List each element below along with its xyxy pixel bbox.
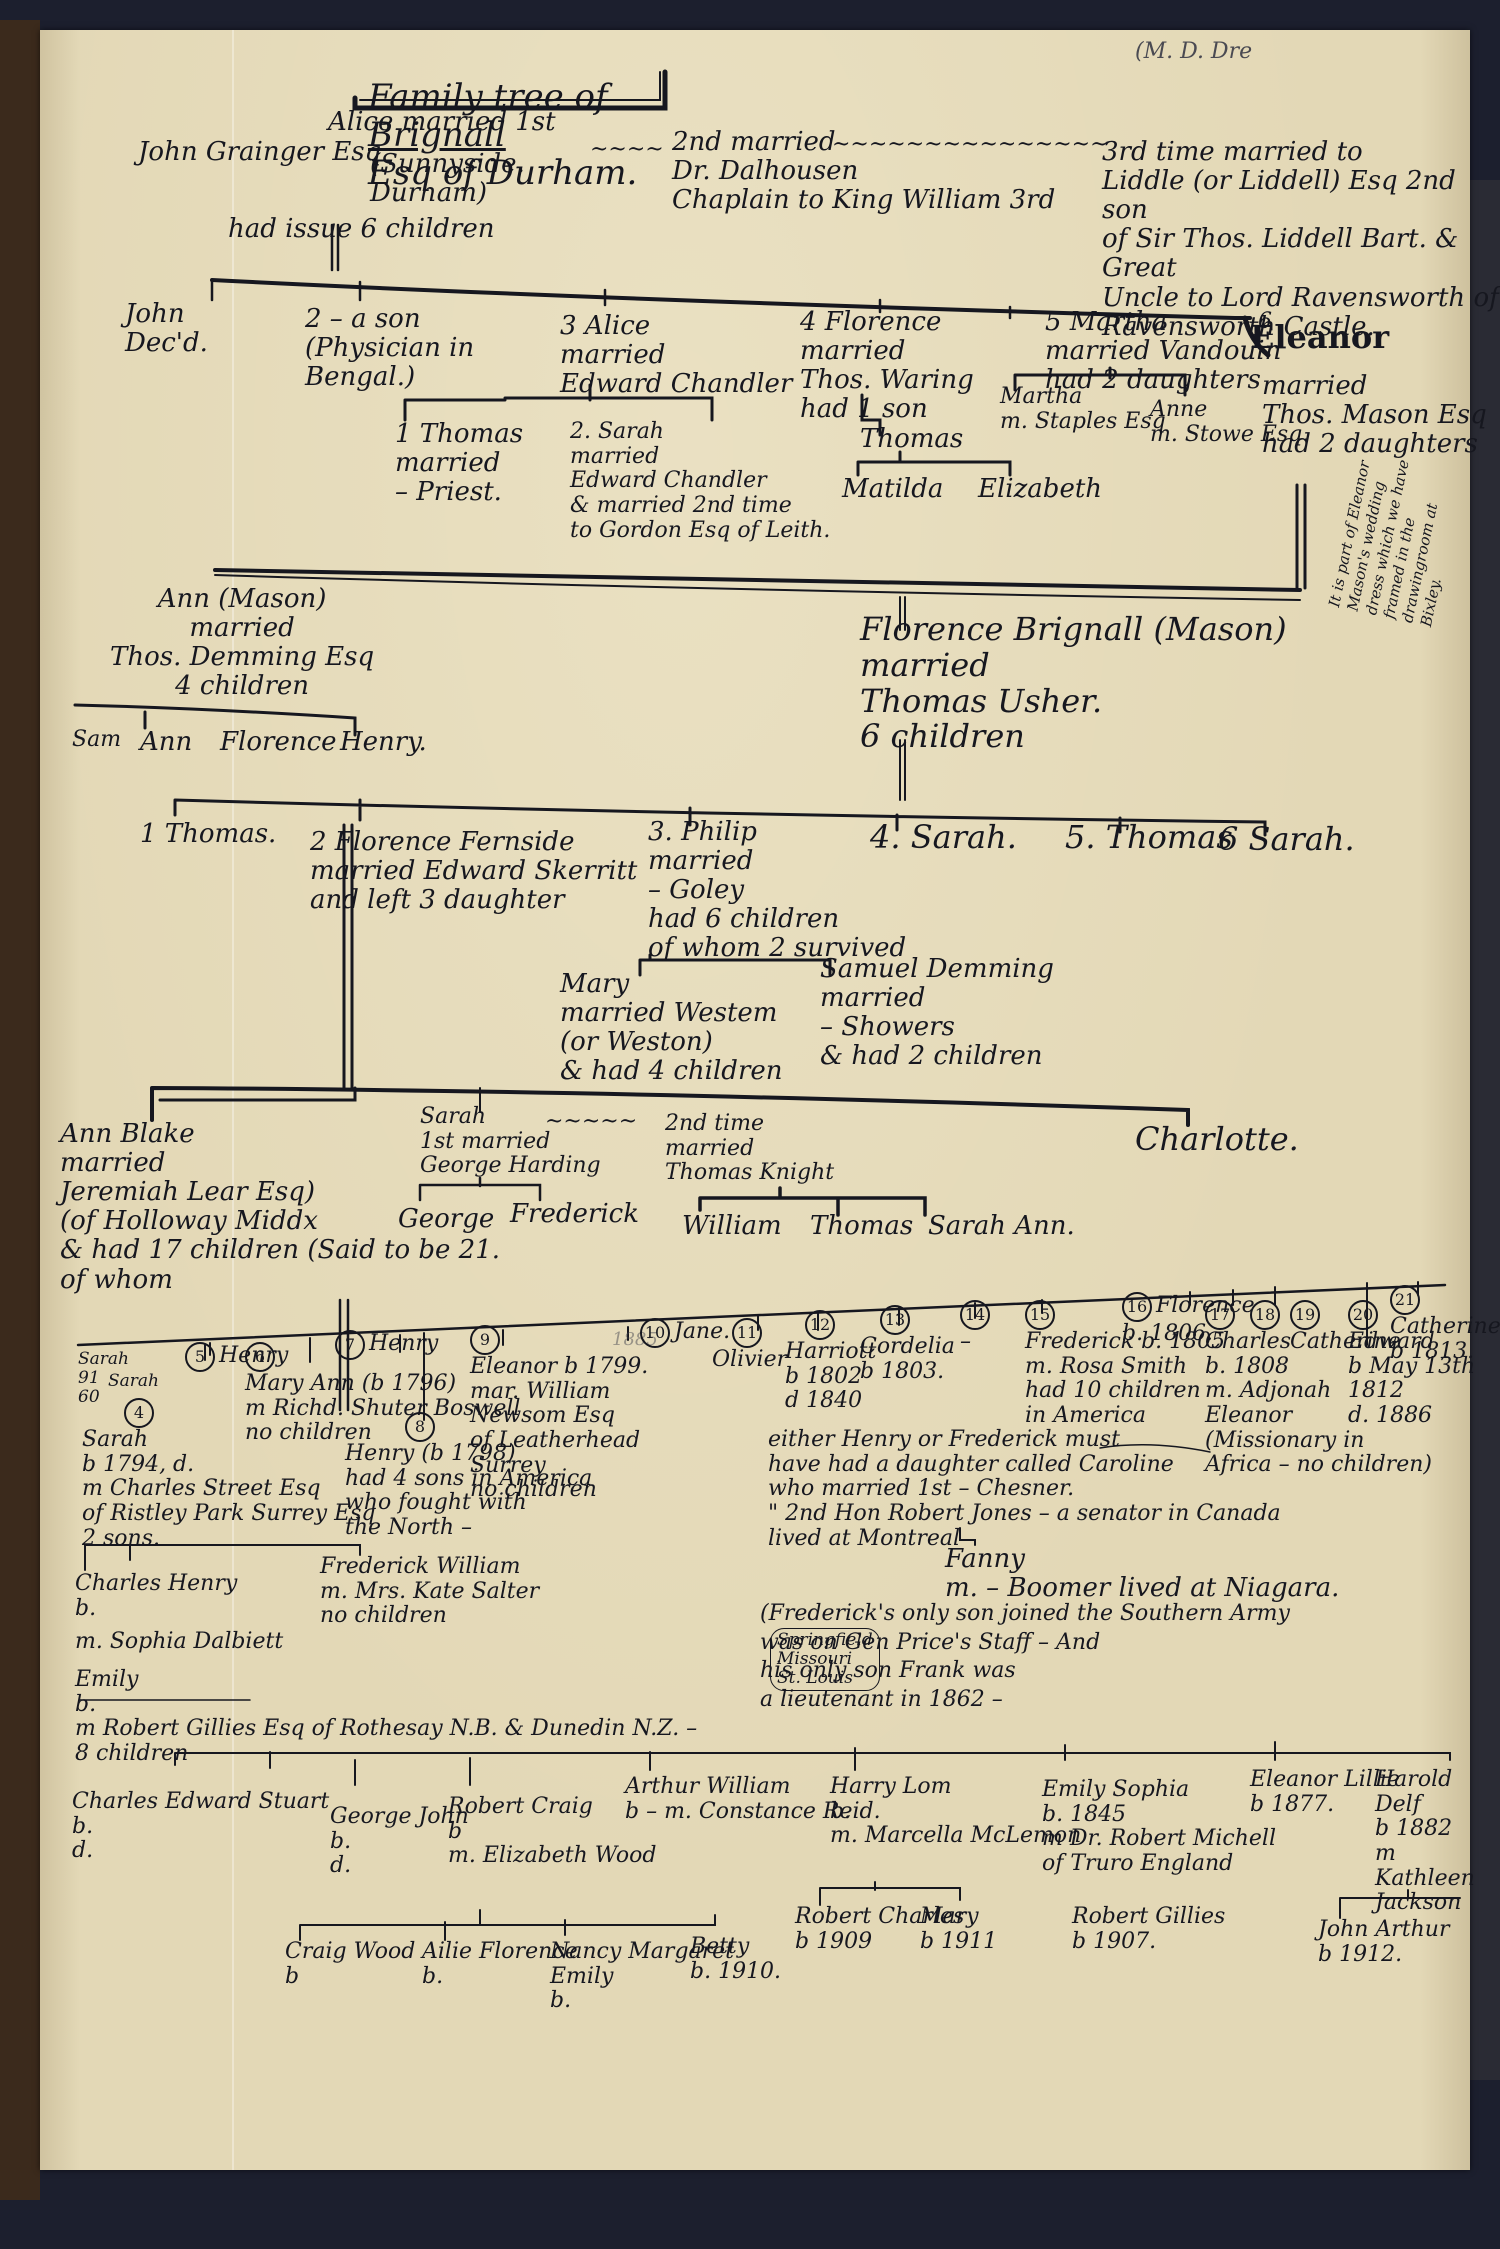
fanny-note: Fanny m. – Boomer lived at Niagara. xyxy=(945,1545,1339,1603)
gillies-harold: Harold Delf b 1882 m Kathleen Jackson xyxy=(1375,1768,1500,1916)
waring-matilda: Matilda xyxy=(842,475,943,504)
john-grainger: John Grainger Esq xyxy=(138,138,381,167)
num-circle: 11 xyxy=(732,1318,762,1348)
lear-child-7-text: Henry xyxy=(369,1331,438,1356)
places-note: Springfield Missouri St. Louis xyxy=(770,1628,880,1691)
child-florence: 4 Florence married Thos. Waring had 1 so… xyxy=(800,308,974,424)
had-issue: had issue 6 children xyxy=(228,215,495,244)
corner-annotation: (M. D. Dre xyxy=(1135,40,1252,65)
usher-sarah-4: 4. Sarah. xyxy=(870,820,1017,856)
child-son-physician: 2 – a son (Physician in Bengal.) xyxy=(305,305,474,392)
craig-wood: Craig Wood b xyxy=(285,1940,415,1989)
emily-gillies: Emily b. m Robert Gillies Esq of Rothesa… xyxy=(75,1668,697,1767)
demming-child-sam: Sam xyxy=(72,728,121,753)
lear-child-9: 9Eleanor b 1799. mar. William Newsom Esq… xyxy=(470,1325,648,1503)
charlotte: Charlotte. xyxy=(1135,1122,1299,1158)
num-circle: 10 xyxy=(640,1318,670,1348)
demming-child-ann: Ann xyxy=(140,728,192,757)
grainger-place: (Sunnyside. Durham) xyxy=(370,150,525,208)
vandouin-anne: Anne m. Stowe Esq. xyxy=(1150,398,1309,447)
charles-henry: Charles Henry b. xyxy=(75,1572,237,1621)
chandler-thomas: 1 Thomas married – Priest. xyxy=(395,420,523,507)
lear-child-21-text: Catherine b 1813. xyxy=(1390,1314,1500,1364)
num-circle: 16 xyxy=(1122,1292,1152,1322)
num-circle: 9 xyxy=(470,1325,500,1355)
child-martha: 5 Martha married Vandouin had 2 daughter… xyxy=(1045,308,1281,395)
num-circle: 13 xyxy=(880,1305,910,1335)
usher-florence-fernside: 2 Florence Fernside married Edward Skerr… xyxy=(310,828,637,915)
knight-thomas: Thomas xyxy=(810,1212,913,1241)
caroline-note: either Henry or Frederick must have had … xyxy=(768,1428,1281,1551)
usher-philip: 3. Philip married – Goley had 6 children… xyxy=(648,818,906,964)
knight-sarah-ann: Sarah Ann. xyxy=(928,1212,1075,1241)
wave-3: ~~~~~ xyxy=(545,1110,637,1135)
num-circle: 15 xyxy=(1025,1300,1055,1330)
lear-child-21: 21Catherine b 1813. xyxy=(1390,1285,1500,1364)
num-circle: 14 xyxy=(960,1300,990,1330)
child-eleanor-num: 6 xyxy=(1258,310,1272,335)
harding-frederick: Frederick xyxy=(510,1200,639,1229)
lear-child-sarah-b: Sarah xyxy=(108,1372,159,1391)
lear-child-11-text: Olivier xyxy=(712,1347,787,1372)
frederick-william: Frederick William m. Mrs. Kate Salter no… xyxy=(320,1555,539,1629)
philip-samuel: Samuel Demming married – Showers & had 2… xyxy=(820,955,1054,1071)
gillies-emily-sophia: Emily Sophia b. 1845 m Dr. Robert Michel… xyxy=(1042,1778,1276,1877)
john-arthur: John Arthur b 1912. xyxy=(1318,1918,1450,1967)
philip-mary: Mary married Westem (or Weston) & had 4 … xyxy=(560,970,783,1086)
num-circle: 21 xyxy=(1390,1285,1420,1315)
num-circle: 19 xyxy=(1290,1300,1320,1330)
chandler-sarah: 2. Sarah married Edward Chandler & marri… xyxy=(570,420,830,543)
usher-sarah-6: 6 Sarah. xyxy=(1218,822,1355,858)
florence-brignall: Florence Brignall (Mason) married Thomas… xyxy=(860,612,1287,755)
lear-child-9-text: Eleanor b 1799. mar. William Newsom Esq … xyxy=(470,1354,648,1502)
num-circle: 20 xyxy=(1348,1300,1378,1330)
child-john: John Dec'd. xyxy=(125,300,208,358)
usher-thomas-1: 1 Thomas. xyxy=(140,820,276,849)
alice-first-marriage: Alice married 1st xyxy=(328,108,556,137)
knight-william: William xyxy=(682,1212,782,1241)
lear-child-11: 11Olivier xyxy=(712,1318,787,1373)
waring-thomas: Thomas xyxy=(860,425,963,454)
demming-child-henry: Henry. xyxy=(340,728,427,757)
num-circle: 7 xyxy=(335,1330,365,1360)
hyphen-wave-1: ~~~~ xyxy=(590,138,664,163)
sarah-second-marriage: 2nd time married Thomas Knight xyxy=(665,1112,834,1186)
book-spine xyxy=(0,20,40,2200)
mary: Mary b 1911 xyxy=(920,1905,997,1954)
usher-thomas-5: 5. Thomas xyxy=(1065,820,1233,856)
waring-elizabeth: Elizabeth xyxy=(978,475,1102,504)
sophia-dalbiett: m. Sophia Dalbiett xyxy=(75,1630,283,1655)
lear-child-13-text: Cordelia b 1803. xyxy=(860,1334,955,1384)
vandouin-martha: Martha m. Staples Esq xyxy=(1000,385,1166,434)
hyphen-wave-2: ~~~~~~~~~~~~~~~ xyxy=(832,133,1109,158)
num-circle: 8 xyxy=(405,1412,435,1442)
robert-gillies: Robert Gillies b 1907. xyxy=(1072,1905,1225,1954)
num-circle: 5 xyxy=(185,1342,215,1372)
demming-child-florence: Florence xyxy=(220,728,337,757)
lear-child-7: 7Henry xyxy=(335,1330,438,1360)
lear-child-14: 14– xyxy=(960,1300,994,1355)
ann-mason: Ann (Mason) married Thos. Demming Esq 4 … xyxy=(110,585,374,701)
lear-child-13: 13Cordelia b 1803. xyxy=(860,1305,955,1384)
lear-child-18: 18 xyxy=(1250,1300,1284,1330)
harding-george: George xyxy=(398,1205,494,1234)
num-circle: 18 xyxy=(1250,1300,1280,1330)
betty: Betty b. 1910. xyxy=(690,1935,781,1984)
num-circle: 17 xyxy=(1205,1300,1235,1330)
num-circle: 12 xyxy=(805,1310,835,1340)
gillies-charles: Charles Edward Stuart b. d. xyxy=(72,1790,329,1864)
num-circle: 6 xyxy=(245,1342,275,1372)
child-alice: 3 Alice married Edward Chandler xyxy=(560,312,792,399)
lear-child-14-text: – xyxy=(960,1329,971,1354)
num-circle: 4 xyxy=(124,1398,154,1428)
